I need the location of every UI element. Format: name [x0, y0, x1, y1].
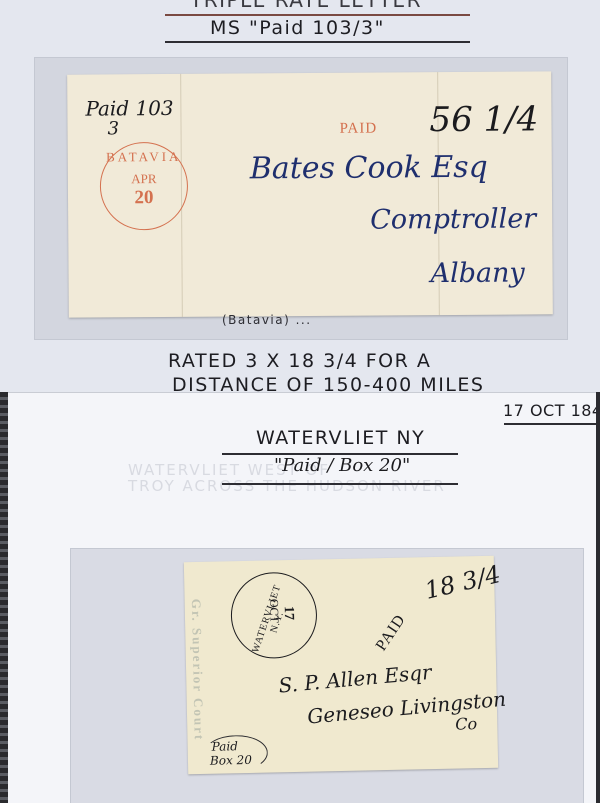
caption-line-1: RATED 3 X 18 3/4 FOR A — [168, 350, 431, 372]
address-line-3: Albany — [430, 258, 524, 290]
address-line-3: Co — [455, 714, 477, 733]
show-through-text: Gr. Superior Court — [188, 599, 207, 742]
page-edge-shadow — [596, 392, 600, 803]
album-page-top: TRIPLE RATE LETTER MS "Paid 103/3" Paid … — [0, 0, 600, 392]
page-heading-partial: TRIPLE RATE LETTER — [190, 0, 422, 12]
watervliet-postmark: WATERVLIET N.Y. OCT 17 — [230, 572, 318, 660]
cover-watervliet: Gr. Superior Court WATERVLIET N.Y. OCT 1… — [184, 556, 498, 774]
hidden-caption-partial: (Batavia) ... — [222, 313, 312, 327]
date-underline — [504, 423, 600, 425]
paid-handstamp: PAID — [339, 121, 377, 138]
page-date: 17 OCT 1841 — [503, 401, 600, 420]
binder-edge — [0, 392, 8, 803]
page-heading: WATERVLIET NY — [256, 427, 425, 449]
postmark-town: BATAVIA — [101, 149, 187, 166]
page-subheading: MS "Paid 103/3" — [210, 17, 385, 39]
address-line-2: Comptroller — [370, 203, 536, 235]
subheading-underline — [165, 41, 470, 43]
paid-handstamp: PAID — [373, 611, 410, 654]
address-line-1: Bates Cook Esq — [250, 150, 488, 187]
postmark-month: APR — [101, 171, 187, 188]
manuscript-box-oval — [203, 735, 268, 772]
manuscript-rate: Paid 103 — [85, 96, 173, 121]
address-line-1: S. P. Allen Esqr — [278, 660, 433, 698]
album-page-bottom: 17 OCT 1841 WATERVLIET NY WATERVLIET WES… — [8, 392, 600, 803]
manuscript-rate-sub: 3 — [107, 118, 119, 139]
rate-marking: 18 3/4 — [422, 560, 503, 605]
batavia-postmark: BATAVIA APR 20 — [100, 142, 189, 231]
page-subheading: "Paid / Box 20" — [274, 455, 410, 476]
heading-underline — [165, 14, 470, 16]
show-through-text-2: TROY ACROSS THE HUDSON RIVER — [128, 477, 446, 495]
postmark-day: 20 — [101, 187, 187, 210]
postmark-day: 17 — [279, 571, 297, 655]
rate-marking: 56 1/4 — [429, 99, 538, 140]
subheading-underline — [222, 483, 458, 485]
cover-batavia: Paid 103 3 BATAVIA APR 20 PAID 56 1/4 Ba… — [67, 71, 553, 317]
